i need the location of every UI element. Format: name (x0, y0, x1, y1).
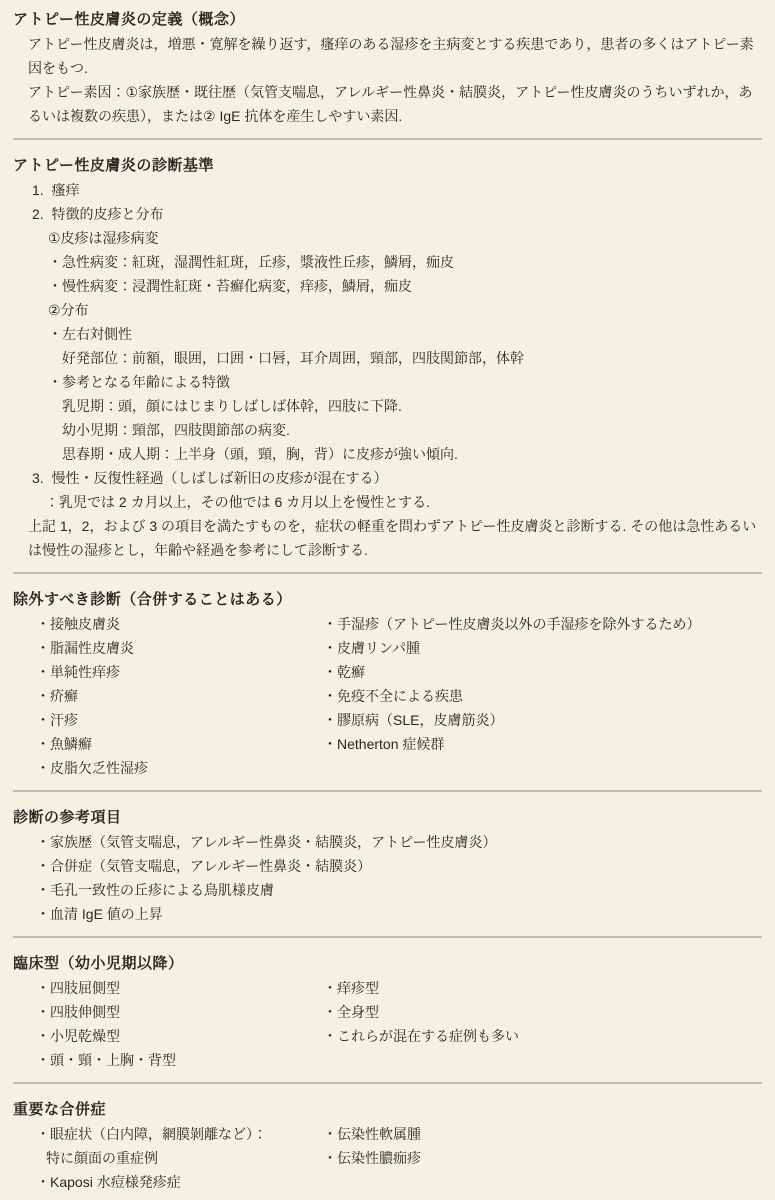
paragraph: アトピー性皮膚炎は，増悪・寛解を繰り返す，瘙痒のある湿疹を主病変とする疾患であり… (13, 32, 762, 80)
text-line: ①皮疹は湿疹病変 (13, 226, 762, 250)
list-item: ・伝染性膿痂疹 (323, 1146, 762, 1170)
section-divider (13, 790, 762, 792)
list-item: ・汗疹 (36, 708, 323, 732)
section-divider (13, 138, 762, 140)
section-heading: 重要な合併症 (13, 1098, 762, 1122)
text-line: 1. 瘙痒 (13, 178, 762, 202)
section-complications: 重要な合併症・眼症状（白内障，網膜剝離など）：特に顔面の重症例・Kaposi 水… (13, 1098, 762, 1194)
section-clinical-types: 臨床型（幼小児期以降）・四肢屈側型・四肢伸側型・小児乾燥型・頭・頸・上胸・背型・… (13, 952, 762, 1072)
section-divider (13, 936, 762, 938)
text-line: 好発部位：前額，眼囲，口囲・口唇，耳介周囲，頸部，四肢関節部，体幹 (13, 346, 762, 370)
list-item: ・全身型 (323, 1000, 762, 1024)
list-item: ・四肢伸側型 (36, 1000, 323, 1024)
list-item: ・痒疹型 (323, 976, 762, 1000)
paragraph: 上記 1，2，および 3 の項目を満たすものを，症状の軽重を問わずアトピー性皮膚… (13, 514, 762, 562)
section-heading: アトピー性皮膚炎の定義（概念） (13, 8, 762, 32)
text-line: ：乳児では 2 カ月以上，その他では 6 カ月以上を慢性とする. (13, 490, 762, 514)
section-heading: 除外すべき診断（合併することはある） (13, 588, 762, 612)
document-body: アトピー性皮膚炎の定義（概念）アトピー性皮膚炎は，増悪・寛解を繰り返す，瘙痒のあ… (13, 8, 762, 1194)
list-item: ・接触皮膚炎 (36, 612, 323, 636)
list-item: ・脂漏性皮膚炎 (36, 636, 323, 660)
list-item: ・Netherton 症候群 (323, 732, 762, 756)
list-item: ・頭・頸・上胸・背型 (36, 1048, 323, 1072)
column-left: ・接触皮膚炎・脂漏性皮膚炎・単純性痒疹・疥癬・汗疹・魚鱗癬・皮脂欠乏性湿疹 (36, 612, 323, 780)
text-line: 思春期・成人期：上半身（頭，頸，胸，背）に皮疹が強い傾向. (13, 442, 762, 466)
text-line: ・血清 IgE 値の上昇 (13, 902, 762, 926)
list-item: ・疥癬 (36, 684, 323, 708)
two-column-list: ・接触皮膚炎・脂漏性皮膚炎・単純性痒疹・疥癬・汗疹・魚鱗癬・皮脂欠乏性湿疹・手湿… (13, 612, 762, 780)
list-item: ・四肢屈側型 (36, 976, 323, 1000)
list-item: ・膠原病（SLE，皮膚筋炎） (323, 708, 762, 732)
text-line: 2. 特徴的皮疹と分布 (13, 202, 762, 226)
list-item: ・皮膚リンパ腫 (323, 636, 762, 660)
two-column-list: ・四肢屈側型・四肢伸側型・小児乾燥型・頭・頸・上胸・背型・痒疹型・全身型・これら… (13, 976, 762, 1072)
column-left: ・眼症状（白内障，網膜剝離など）：特に顔面の重症例・Kaposi 水痘様発疹症 (36, 1122, 323, 1194)
section-definition: アトピー性皮膚炎の定義（概念）アトピー性皮膚炎は，増悪・寛解を繰り返す，瘙痒のあ… (13, 8, 762, 128)
section-reference-items: 診断の参考項目・家族歴（気管支喘息，アレルギー性鼻炎・結膜炎，アトピー性皮膚炎）… (13, 806, 762, 926)
column-right: ・手湿疹（アトピー性皮膚炎以外の手湿疹を除外するため）・皮膚リンパ腫・乾癬・免疫… (323, 612, 762, 780)
text-line: 3. 慢性・反復性経過（しばしば新旧の皮疹が混在する） (13, 466, 762, 490)
section-heading: 診断の参考項目 (13, 806, 762, 830)
text-line: 乳児期：頭，顔にはじまりしばしば体幹，四肢に下降. (13, 394, 762, 418)
text-line: ②分布 (13, 298, 762, 322)
paragraph: アトピー素因：①家族歴・既往歴（気管支喘息，アレルギー性鼻炎・結膜炎，アトピー性… (13, 80, 762, 128)
document-page: アトピー性皮膚炎の定義（概念）アトピー性皮膚炎は，増悪・寛解を繰り返す，瘙痒のあ… (0, 0, 775, 1200)
list-item: ・手湿疹（アトピー性皮膚炎以外の手湿疹を除外するため） (323, 612, 762, 636)
list-item: ・これらが混在する症例も多い (323, 1024, 762, 1048)
text-line: ・参考となる年齢による特徴 (13, 370, 762, 394)
column-left: ・四肢屈側型・四肢伸側型・小児乾燥型・頭・頸・上胸・背型 (36, 976, 323, 1072)
text-line: ・左右対側性 (13, 322, 762, 346)
list-item: ・魚鱗癬 (36, 732, 323, 756)
two-column-list: ・眼症状（白内障，網膜剝離など）：特に顔面の重症例・Kaposi 水痘様発疹症・… (13, 1122, 762, 1194)
list-item: ・皮脂欠乏性湿疹 (36, 756, 323, 780)
section-heading: 臨床型（幼小児期以降） (13, 952, 762, 976)
text-line: ・慢性病変：浸潤性紅斑・苔癬化病変，痒疹，鱗屑，痂皮 (13, 274, 762, 298)
text-line: ・毛孔一致性の丘疹による鳥肌様皮膚 (13, 878, 762, 902)
list-item: ・単純性痒疹 (36, 660, 323, 684)
column-right: ・伝染性軟属腫・伝染性膿痂疹 (323, 1122, 762, 1194)
section-divider (13, 572, 762, 574)
text-line: 幼小児期：頸部，四肢関節部の病変. (13, 418, 762, 442)
text-line: ・急性病変：紅斑，湿潤性紅斑，丘疹，漿液性丘疹，鱗屑，痂皮 (13, 250, 762, 274)
section-heading: アトピー性皮膚炎の診断基準 (13, 154, 762, 178)
list-item: ・免疫不全による疾患 (323, 684, 762, 708)
section-exclusions: 除外すべき診断（合併することはある）・接触皮膚炎・脂漏性皮膚炎・単純性痒疹・疥癬… (13, 588, 762, 780)
list-item: ・Kaposi 水痘様発疹症 (36, 1170, 323, 1194)
list-item: ・眼症状（白内障，網膜剝離など）： (36, 1122, 323, 1146)
list-item: ・小児乾燥型 (36, 1024, 323, 1048)
column-right: ・痒疹型・全身型・これらが混在する症例も多い (323, 976, 762, 1072)
list-item: ・乾癬 (323, 660, 762, 684)
list-item: 特に顔面の重症例 (36, 1146, 323, 1170)
text-line: ・家族歴（気管支喘息，アレルギー性鼻炎・結膜炎，アトピー性皮膚炎） (13, 830, 762, 854)
list-item: ・伝染性軟属腫 (323, 1122, 762, 1146)
section-divider (13, 1082, 762, 1084)
text-line: ・合併症（気管支喘息，アレルギー性鼻炎・結膜炎） (13, 854, 762, 878)
section-criteria: アトピー性皮膚炎の診断基準1. 瘙痒2. 特徴的皮疹と分布①皮疹は湿疹病変・急性… (13, 154, 762, 562)
